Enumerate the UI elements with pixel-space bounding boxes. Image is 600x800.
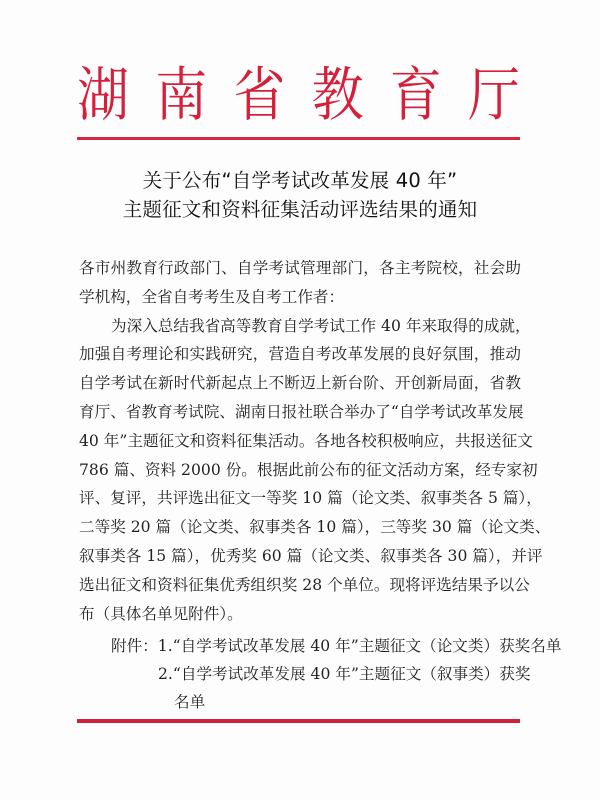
- letterhead-char: 厅: [468, 58, 520, 134]
- letterhead-char: 湖: [77, 58, 129, 134]
- attachment-item-2: 2.“自学考试改革发展 40 年”主题征文（叙事类）获奖: [79, 660, 521, 688]
- organization-letterhead: 湖 南 省 教 育 厅: [77, 62, 520, 130]
- paragraph-line: 786 篇、资料 2000 份。根据此前公布的征文活动方案，经专家初: [79, 456, 521, 485]
- letterhead-char: 南: [155, 58, 207, 134]
- attachment-text: 1.“自学考试改革发展 40 年”主题征文（论文类）获奖名单: [158, 637, 562, 655]
- paragraph-line: 布（具体名单见附件）。: [79, 600, 521, 629]
- paragraph-line: 自学考试在新时代新起点上不断迈上新台阶、开创新局面，省教: [79, 369, 521, 398]
- attachment-item-2-continued: 名单: [79, 688, 521, 716]
- document-body: 各市州教育行政部门、自学考试管理部门，各主考院校，社会助 学机构，全省自考考生及…: [79, 254, 521, 628]
- letterhead-char: 省: [233, 58, 285, 134]
- letterhead-char: 育: [390, 58, 442, 134]
- paragraph-line: 40 年”主题征文和资料征集活动。各地各校积极响应，共报送征文: [79, 427, 521, 456]
- addressee-line: 学机构，全省自考考生及自考工作者：: [79, 283, 521, 312]
- paragraph-line: 选出征文和资料征集优秀组织奖 28 个单位。现将评选结果予以公: [79, 571, 521, 600]
- attachment-item-1: 附件：1.“自学考试改革发展 40 年”主题征文（论文类）获奖名单: [79, 632, 521, 660]
- attachment-text: 2.“自学考试改革发展 40 年”主题征文（叙事类）获奖: [158, 665, 530, 683]
- title-line: 关于公布“自学考试改革发展 40 年”: [60, 166, 540, 195]
- attachments-section: 附件：1.“自学考试改革发展 40 年”主题征文（论文类）获奖名单 2.“自学考…: [79, 632, 521, 716]
- paragraph-line: 为深入总结我省高等教育自学考试工作 40 年来取得的成就，: [79, 312, 521, 341]
- title-line: 主题征文和资料征集活动评选结果的通知: [60, 195, 540, 224]
- paragraph-line: 叙事类各 15 篇），优秀奖 60 篇（论文类、叙事类各 30 篇），并评: [79, 542, 521, 571]
- paragraph-line: 加强自考理论和实践研究，营造自考改革发展的良好氛围，推动: [79, 340, 521, 369]
- paragraph-line: 二等奖 20 篇（论文类、叙事类各 10 篇），三等奖 30 篇（论文类、: [79, 513, 521, 542]
- attachments-label: 附件：: [79, 637, 158, 655]
- footer-divider: [77, 719, 520, 723]
- paragraph-line: 育厅、省教育考试院、湖南日报社联合举办了“自学考试改革发展: [79, 398, 521, 427]
- paragraph-line: 评、复评，共评选出征文一等奖 10 篇（论文类、叙事类各 5 篇），: [79, 484, 521, 513]
- document-page: 湖 南 省 教 育 厅 关于公布“自学考试改革发展 40 年” 主题征文和资料征…: [0, 0, 600, 800]
- letterhead-char: 教: [312, 58, 364, 134]
- letterhead-divider: [77, 137, 520, 140]
- attachment-text: 名单: [174, 693, 205, 711]
- addressee-line: 各市州教育行政部门、自学考试管理部门，各主考院校，社会助: [79, 254, 521, 283]
- document-title: 关于公布“自学考试改革发展 40 年” 主题征文和资料征集活动评选结果的通知: [60, 166, 540, 224]
